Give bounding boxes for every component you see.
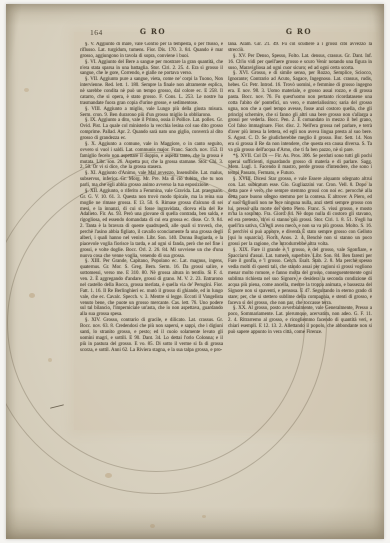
foxing-spot [150, 524, 155, 528]
paragraph-continuation: lana. Alam. Gir. 21. 49. Fu col scudiere… [228, 42, 372, 54]
paragraph: §. VIII. Aggiunto a miglio, vale Lungo p… [80, 107, 223, 119]
text-column-left: §. V. Aggiunto di mare, vale Gonfio per … [80, 42, 223, 430]
scanned-book-page-screenshot: { "page": { "number": "164", "running_he… [0, 0, 390, 543]
paragraph: §. XV. Per Denso, Spesso, Folto. Lat. de… [228, 54, 372, 72]
book-page: 164 G RO G RO §. V. Aggiunto di mare, va… [6, 4, 384, 539]
paragraph: §. XVI. Grosso, e di simile senso, per R… [228, 71, 372, 153]
page-number: 164 [90, 28, 103, 37]
foxing-spot [29, 293, 35, 298]
paragraph: §. XIV. Grosso, contrario di gracile, e … [80, 318, 223, 353]
paragraph: §. VII. Aggiunto pure a sangue, vieta, c… [80, 77, 223, 106]
paragraph: §. XVIII. Dicesi Star grosso, e vale Ess… [228, 177, 372, 248]
paragraph: §. V. Aggiunto di mare, vale Gonfio per … [80, 42, 223, 60]
paragraph: §. IX. Aggiunto a dito, vale il Primo, o… [80, 118, 223, 142]
paragraph: §. XII. Aggiunto, o riferito a Femmina, … [80, 189, 223, 260]
foxing-spot [24, 88, 29, 92]
paragraph: §. X. Aggiunto a comune, vale in Maggior… [80, 142, 223, 171]
running-head-left: G RO [118, 27, 188, 36]
paragraph: §. XI. Aggiunto d'Animo, vale Mal avvezz… [80, 171, 223, 189]
foxing-spot [202, 515, 206, 518]
running-head-right: G RO [264, 27, 334, 36]
foxing-spot [105, 473, 112, 478]
paragraph: *§. XVII. Col Di — Fir. As. Pros. 306. S… [228, 154, 372, 178]
text-column-right: lana. Alam. Gir. 21. 49. Fu col scudiere… [228, 42, 372, 430]
paragraph: §. XIX. Fare il grande e 'l grosso, e de… [228, 248, 372, 307]
pencil-mark [50, 404, 64, 409]
paragraph: §. VI. Aggiunto del Bere a sangue per mo… [80, 60, 223, 78]
paragraph: §. XX. Al grosso, posto avverbialmente, … [228, 306, 372, 335]
foxing-spot [48, 358, 52, 362]
paragraph: §. XIII. Per Grande, Capitano, Popolano … [80, 259, 223, 318]
